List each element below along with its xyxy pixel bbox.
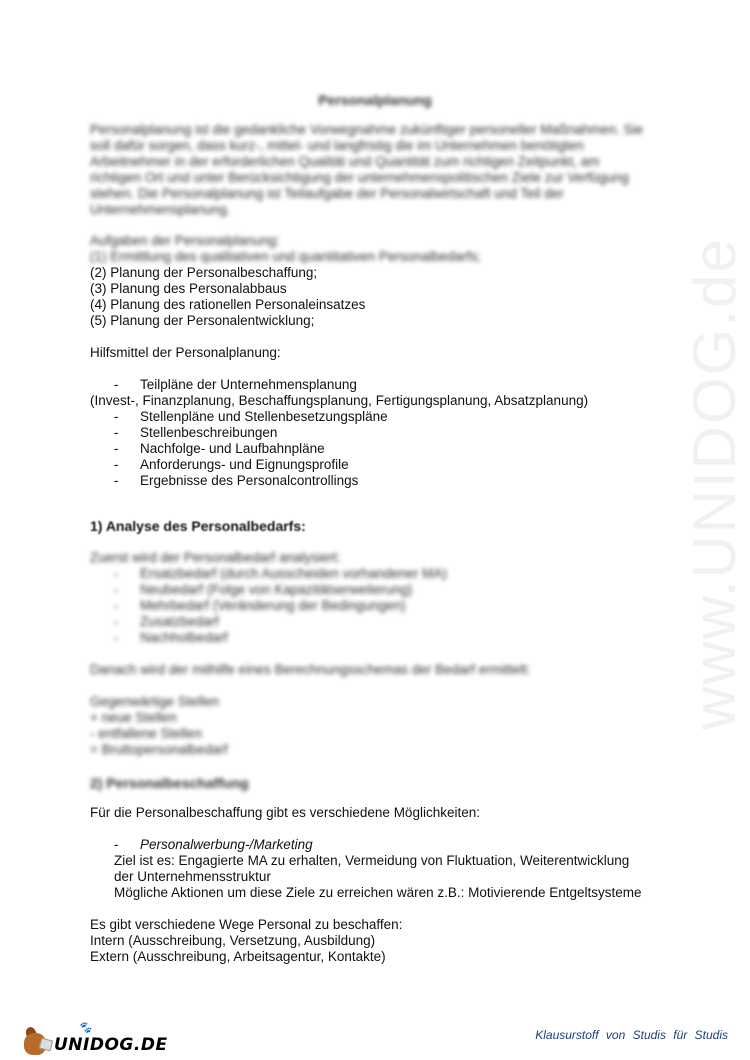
- logo-text: UNIDOG.DE: [54, 1035, 168, 1055]
- calc-line: + neue Stellen: [90, 710, 670, 726]
- demand-item: -Ersatzbedarf (durch Ausscheiden vorhand…: [90, 566, 670, 582]
- tool-item: -Anforderungs- und Eignungsprofile: [90, 457, 670, 473]
- intro-line: soll dafür sorgen, dass kurz-, mittel- u…: [90, 138, 670, 154]
- demand-item: -Nachholbedarf: [90, 630, 670, 646]
- tasks-heading: Aufgaben der Personalplanung:: [90, 233, 670, 249]
- intro-line: stehen. Die Personalplanung ist Teilaufg…: [90, 186, 670, 202]
- section-procurement: 2) Personalbeschaffung Für die Personalb…: [90, 775, 670, 965]
- analysis-intro: Zuerst wird der Personalbedarf analysier…: [90, 550, 670, 566]
- calc-line: Gegenwärtige Stellen: [90, 694, 670, 710]
- procurement-detail: der Unternehmensstruktur: [90, 869, 670, 885]
- unidog-logo[interactable]: 🐾 UNIDOG.DE: [22, 1015, 168, 1055]
- demand-item: -Mehrbedarf (Veränderung der Bedingungen…: [90, 598, 670, 614]
- tool-item: -Ergebnisse des Personalcontrollings: [90, 473, 670, 489]
- page-title: Personalplanung: [0, 92, 750, 108]
- task-item: (3) Planung des Personalabbaus: [90, 281, 670, 297]
- demand-item: -Neubedarf (Folge von Kapazitätserweiter…: [90, 582, 670, 598]
- task-item: (4) Planung des rationellen Personaleins…: [90, 297, 670, 313]
- tool-item: -Teilpläne der Unternehmensplanung: [90, 377, 670, 393]
- tool-item: -Stellenpläne und Stellenbesetzungspläne: [90, 409, 670, 425]
- document-page: www.UNIDOG.de Personalplanung Personalpl…: [0, 0, 750, 1060]
- footer-tagline: Klausurstoff von Studis für Studis: [535, 1028, 728, 1042]
- task-item: (5) Planung der Personalentwicklung;: [90, 313, 670, 329]
- procurement-intro: Für die Personalbeschaffung gibt es vers…: [90, 805, 670, 821]
- demand-item: -Zusatzbedarf: [90, 614, 670, 630]
- task-item: (2) Planung der Personalbeschaffung;: [90, 265, 670, 281]
- procurement-detail: Ziel ist es: Engagierte MA zu erhalten, …: [90, 853, 670, 869]
- intro-paragraph: Personalplanung ist die gedankliche Vorw…: [90, 122, 670, 218]
- dog-mascot-icon: [22, 1025, 50, 1055]
- way-item: Extern (Ausschreibung, Arbeitsagentur, K…: [90, 949, 670, 965]
- procurement-item: -Personalwerbung-/Marketing: [90, 837, 670, 853]
- calc-line: = Bruttopersonalbedarf: [90, 742, 670, 758]
- section-heading: 2) Personalbeschaffung: [90, 775, 670, 791]
- intro-line: Personalplanung ist die gedankliche Vorw…: [90, 122, 670, 138]
- tasks-section: Aufgaben der Personalplanung: (1) Ermitt…: [90, 233, 670, 329]
- tools-heading: Hilfsmittel der Personalplanung:: [90, 345, 670, 361]
- tools-section: Hilfsmittel der Personalplanung: -Teilpl…: [90, 345, 670, 489]
- tool-item: -Stellenbeschreibungen: [90, 425, 670, 441]
- section-analysis: 1) Analyse des Personalbedarfs: Zuerst w…: [90, 518, 670, 758]
- task-item: (1) Ermittlung des qualitativen und quan…: [90, 249, 670, 265]
- calc-intro: Danach wird der mithilfe eines Berechnun…: [90, 662, 670, 678]
- procurement-detail: Mögliche Aktionen um diese Ziele zu erre…: [90, 885, 670, 901]
- tool-item: -Nachfolge- und Laufbahnpläne: [90, 441, 670, 457]
- way-item: Intern (Ausschreibung, Versetzung, Ausbi…: [90, 933, 670, 949]
- calc-line: - entfallene Stellen: [90, 726, 670, 742]
- tool-item-detail: (Invest-, Finanzplanung, Beschaffungspla…: [90, 393, 670, 409]
- intro-line: Unternehmensplanung.: [90, 202, 670, 218]
- intro-line: Arbeitnehmer in der erforderlichen Quali…: [90, 154, 670, 170]
- paw-icon: 🐾: [78, 1021, 92, 1034]
- watermark: www.UNIDOG.de: [680, 237, 749, 730]
- section-heading: 1) Analyse des Personalbedarfs:: [90, 518, 670, 534]
- ways-heading: Es gibt verschiedene Wege Personal zu be…: [90, 917, 670, 933]
- intro-line: richtigen Ort und unter Berücksichtigung…: [90, 170, 670, 186]
